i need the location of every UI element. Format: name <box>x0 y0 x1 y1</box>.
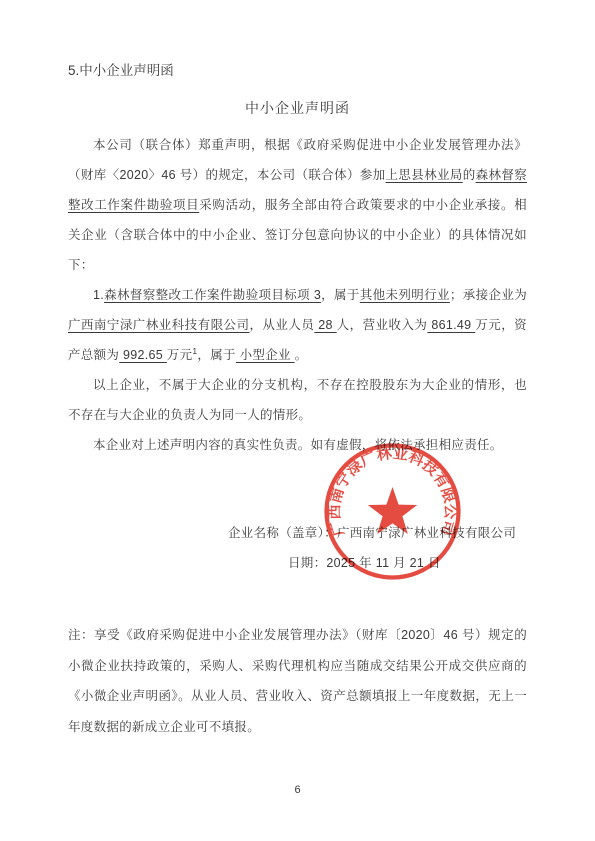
date-line: 日期：2025 年 11 月 21 日 <box>68 548 527 578</box>
document-page: 5.中小企业声明函 中小企业声明函 本公司（联合体）郑重声明，根据《政府采购促进… <box>0 0 595 841</box>
document-title: 中小企业声明函 <box>68 99 527 118</box>
note-paragraph: 注：享受《政府采购促进中小企业发展管理办法》（财库〔2020〕46 号）规定的小… <box>68 620 527 742</box>
section-heading: 5.中小企业声明函 <box>68 62 527 80</box>
signature-block: 企业名称（盖章）：广西南宁渌广林业科技有限公司 日期：2025 年 11 月 2… <box>68 518 527 578</box>
paragraph-declaration-intro: 本公司（联合体）郑重声明，根据《政府采购促进中小企业发展管理办法》（财库〈202… <box>68 130 527 280</box>
page-number: 6 <box>0 784 595 796</box>
declaration-body: 本公司（联合体）郑重声明，根据《政府采购促进中小企业发展管理办法》（财库〈202… <box>68 130 527 460</box>
paragraph-enterprise-details: 1.森林督察整改工作案件勘验项目标项 3，属于其他未列明行业；承接企业为广西南宁… <box>68 280 527 370</box>
document-content: 5.中小企业声明函 中小企业声明函 本公司（联合体）郑重声明，根据《政府采购促进… <box>0 62 595 742</box>
company-name-line: 企业名称（盖章）：广西南宁渌广林业科技有限公司 <box>68 518 527 548</box>
paragraph-responsibility-statement: 本企业对上述声明内容的真实性负责。如有虚假，将依法承担相应责任。 <box>68 430 527 460</box>
paragraph-independence-statement: 以上企业，不属于大企业的分支机构，不存在控股股东为大企业的情形，也不存在与大企业… <box>68 370 527 430</box>
